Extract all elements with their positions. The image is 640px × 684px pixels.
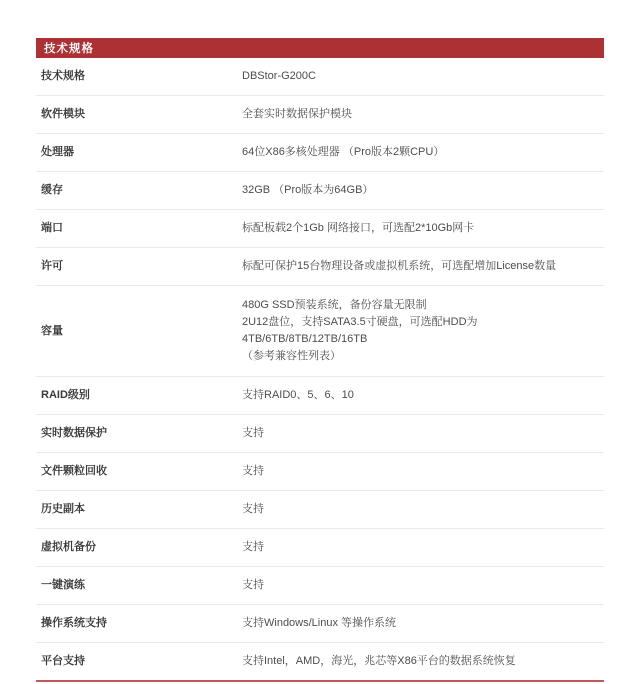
spec-label: 容量: [36, 324, 242, 339]
spec-value: 480G SSD预装系统，备份容量无限制 2U12盘位，支持SATA3.5寸硬盘…: [242, 297, 604, 365]
spec-value-line: 480G SSD预装系统，备份容量无限制: [242, 297, 600, 314]
table-row: 处理器 64位X86多核处理器 （Pro版本2颗CPU）: [36, 134, 604, 172]
table-row: 文件颗粒回收 支持: [36, 453, 604, 491]
section-header-bar: 技术规格: [36, 38, 604, 58]
table-bottom-border: [36, 680, 604, 682]
spec-label: 技术规格: [36, 69, 242, 84]
table-row: 容量 480G SSD预装系统，备份容量无限制 2U12盘位，支持SATA3.5…: [36, 286, 604, 377]
spec-value: 标配板载2个1Gb 网络接口，可选配2*10Gb网卡: [242, 221, 478, 236]
spec-value: 32GB （Pro版本为64GB）: [242, 183, 377, 198]
spec-value: DBStor-G200C: [242, 69, 320, 84]
spec-table: 技术规格 DBStor-G200C 软件模块 全套实时数据保护模块 处理器 64…: [36, 58, 604, 680]
spec-value: 64位X86多核处理器 （Pro版本2颗CPU）: [242, 145, 448, 160]
spec-sheet: 技术规格 技术规格 DBStor-G200C 软件模块 全套实时数据保护模块 处…: [36, 38, 604, 682]
section-title: 技术规格: [44, 40, 94, 56]
spec-value: 支持: [242, 578, 268, 593]
spec-value: 支持: [242, 502, 268, 517]
spec-value: 支持Intel，AMD，海光，兆芯等X86平台的数据系统恢复: [242, 654, 520, 669]
table-row: 许可 标配可保护15台物理设备或虚拟机系统，可选配增加License数量: [36, 248, 604, 286]
spec-label: 操作系统支持: [36, 616, 242, 631]
spec-label: 缓存: [36, 183, 242, 198]
spec-label: 许可: [36, 259, 242, 274]
spec-value: 支持RAID0、5、6、10: [242, 388, 358, 403]
table-row: 端口 标配板载2个1Gb 网络接口，可选配2*10Gb网卡: [36, 210, 604, 248]
table-row: 平台支持 支持Intel，AMD，海光，兆芯等X86平台的数据系统恢复: [36, 643, 604, 680]
spec-value: 全套实时数据保护模块: [242, 107, 356, 122]
table-row: 软件模块 全套实时数据保护模块: [36, 96, 604, 134]
table-row: 实时数据保护 支持: [36, 415, 604, 453]
table-row: 技术规格 DBStor-G200C: [36, 58, 604, 96]
table-row: 虚拟机备份 支持: [36, 529, 604, 567]
spec-label: 历史副本: [36, 502, 242, 517]
spec-value: 支持: [242, 464, 268, 479]
spec-label: 虚拟机备份: [36, 540, 242, 555]
table-row: 一键演练 支持: [36, 567, 604, 605]
spec-label: 端口: [36, 221, 242, 236]
spec-label: 软件模块: [36, 107, 242, 122]
spec-label: 文件颗粒回收: [36, 464, 242, 479]
spec-value-line: 2U12盘位，支持SATA3.5寸硬盘，可选配HDD为4TB/6TB/8TB/1…: [242, 314, 600, 348]
spec-label: 平台支持: [36, 654, 242, 669]
spec-label: RAID级别: [36, 388, 242, 403]
spec-value-line: （参考兼容性列表）: [242, 348, 600, 365]
spec-value: 支持Windows/Linux 等操作系统: [242, 616, 400, 631]
spec-label: 一键演练: [36, 578, 242, 593]
table-row: 操作系统支持 支持Windows/Linux 等操作系统: [36, 605, 604, 643]
spec-value: 支持: [242, 540, 268, 555]
spec-value: 标配可保护15台物理设备或虚拟机系统，可选配增加License数量: [242, 259, 560, 274]
table-row: RAID级别 支持RAID0、5、6、10: [36, 377, 604, 415]
table-row: 历史副本 支持: [36, 491, 604, 529]
spec-label: 实时数据保护: [36, 426, 242, 441]
spec-value: 支持: [242, 426, 268, 441]
spec-label: 处理器: [36, 145, 242, 160]
table-row: 缓存 32GB （Pro版本为64GB）: [36, 172, 604, 210]
